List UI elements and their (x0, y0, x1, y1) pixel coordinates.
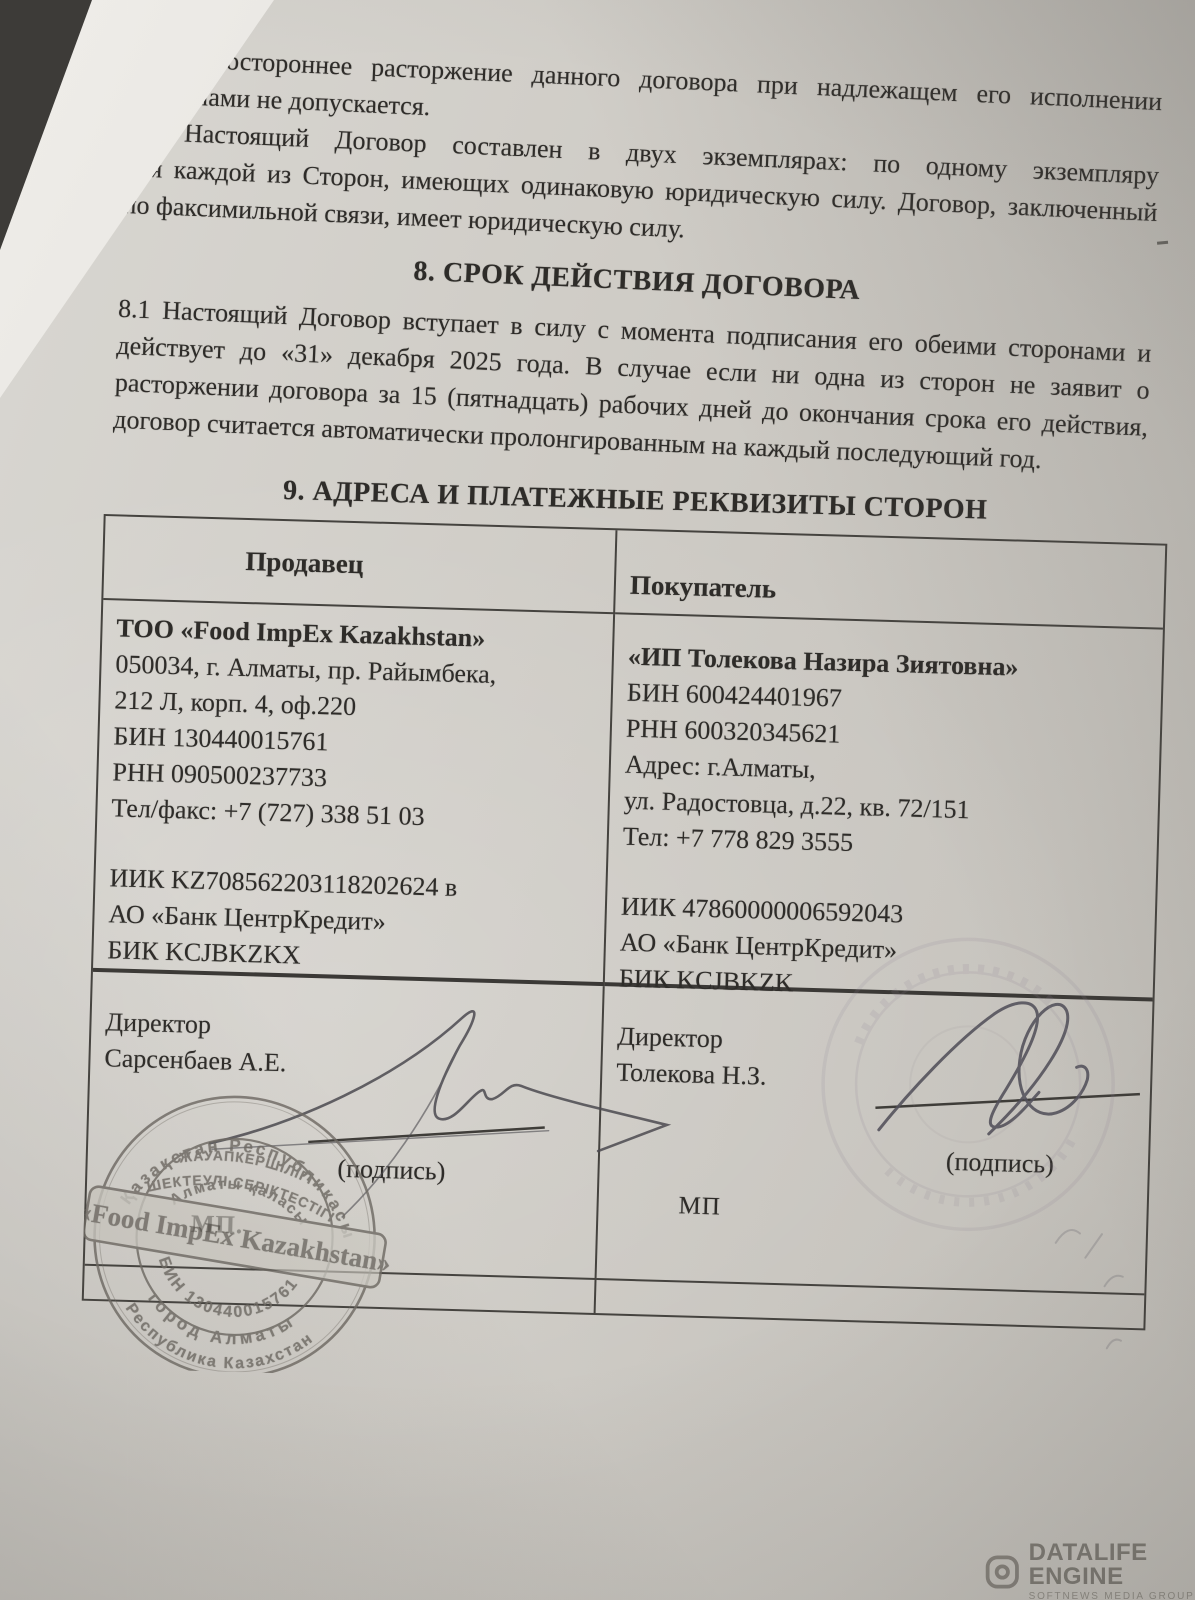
seller-mp-label: МП. (190, 1207, 243, 1244)
watermark-title: DATALIFE ENGINE (1029, 1541, 1195, 1589)
svg-text:Республика Казахстан: Республика Казахстан (114, 1298, 319, 1387)
seller-header-cell: Продавец (103, 516, 617, 614)
upper-text-block: 7.5 Одностороннее расторжение данного до… (113, 38, 1163, 483)
seller-bank-block: ИИК KZ708562203118202624 в АО «Банк Цент… (107, 860, 596, 982)
buyer-mp-label: МП (678, 1188, 721, 1225)
datalife-watermark: DATALIFE ENGINE SOFTNEWS MEDIA GROUP (985, 1541, 1195, 1600)
stray-ink-dash (1157, 241, 1168, 245)
clause-8-1: 8.1 Настоящий Договор вступает в силу с … (113, 290, 1152, 483)
buyer-details-cell: «ИП Толекова Назира Зиятовна» БИН 600424… (605, 614, 1163, 1001)
seller-header-label: Продавец (245, 543, 364, 582)
seller-signature-cell: Директор Сарсенбаев А.Е. (подпись) МП. (85, 972, 605, 1280)
seller-details-cell: ТОО «Food ImpEx Kazakhstan» 050034, г. А… (93, 600, 615, 986)
buyer-header-label: Покупатель (629, 567, 776, 607)
seller-sign-caption: (подпись) (337, 1151, 446, 1190)
watermark-subtitle: SOFTNEWS MEDIA GROUP (1029, 1591, 1195, 1600)
buyer-signature-cell: Директор Толекова Н.З. (подпись) МП (597, 986, 1153, 1295)
contract-page: 7.5 Одностороннее расторжение данного до… (0, 0, 1195, 1600)
photo-of-contract-page: 7.5 Одностороннее расторжение данного до… (0, 0, 1195, 1600)
requisites-table: Продавец Покупатель ТОО «Food ImpEx Kaza… (82, 514, 1168, 1330)
buyer-header-cell: Покупатель (615, 530, 1165, 629)
watermark-text: DATALIFE ENGINE SOFTNEWS MEDIA GROUP (1029, 1541, 1195, 1600)
buyer-sign-caption: (подпись) (945, 1144, 1054, 1183)
requisites-block: 9. АДРЕСА И ПЛАТЕЖНЫЕ РЕКВИЗИТЫ СТОРОН П… (80, 468, 1167, 1397)
datalife-logo-icon (985, 1549, 1020, 1595)
